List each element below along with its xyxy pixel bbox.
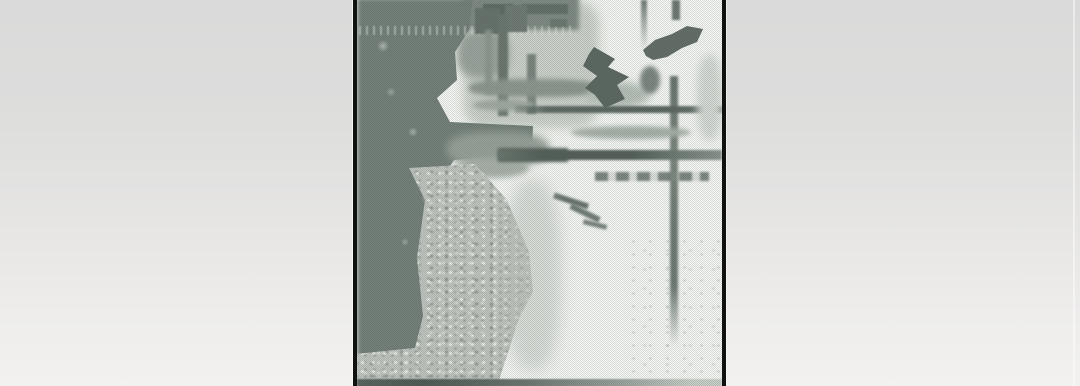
photo-cable-line — [498, 150, 722, 160]
photo-structure-slab — [550, 19, 567, 27]
photo-bottom-dark-strip — [357, 379, 722, 386]
photo-structure-slab — [522, 4, 568, 14]
photo-cable-line — [515, 106, 722, 113]
viewer-background — [0, 0, 1080, 386]
photo-region-light-speckle — [625, 235, 722, 386]
photo-region-soft-gray — [697, 55, 722, 140]
photo-pole-top-segment — [641, 0, 647, 50]
photo-region-gravel-fade — [505, 180, 561, 370]
photo-structure-window — [505, 5, 527, 32]
photo-broken-rail — [595, 172, 709, 181]
right-edge-highlight-line — [1073, 0, 1075, 386]
photo-pole-top-segment — [672, 0, 680, 20]
photo-region-fence-dashes — [359, 26, 571, 35]
photo-region-right-band — [571, 126, 691, 139]
photo-debris-blob — [640, 66, 660, 94]
photo-structure-beam — [469, 79, 599, 97]
photo-silhouette-bird — [641, 24, 705, 66]
halftone-photo-panel[interactable] — [353, 0, 726, 386]
